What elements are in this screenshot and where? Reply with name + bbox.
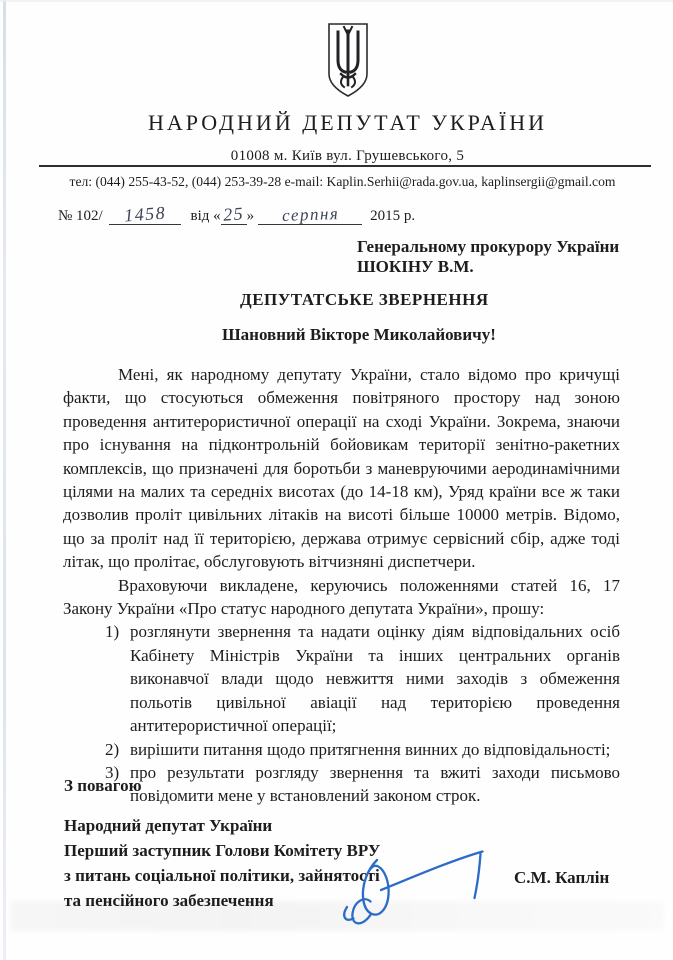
body-paragraph-1: Мені, як народному депутату України, ста… <box>63 363 620 574</box>
list-item-marker: 2) <box>105 738 130 761</box>
signer-name: С.М. Каплін <box>514 868 609 888</box>
ref-year: 2015 р. <box>370 208 415 224</box>
ref-number-prefix: № 102/ <box>58 208 103 224</box>
handwritten-month: серпня <box>281 204 339 226</box>
reference-line: № 102/1458 від «25»серпня2015 р. <box>58 202 415 225</box>
addressee-block: Генеральному прокурору України ШОКІНУ В.… <box>357 237 619 277</box>
ref-number-blank: 1458 <box>109 202 181 225</box>
body-paragraph-2: Враховуючи викладене, керуючись положенн… <box>63 574 620 621</box>
org-address: 01008 м. Київ вул. Грушевського, 5 <box>11 148 673 165</box>
list-item: 2) вирішити питання щодо притягнення вин… <box>105 738 620 761</box>
ref-date-word: від <box>190 208 209 224</box>
list-item-text: про результати розгляду звернення та вжи… <box>130 761 620 808</box>
ukraine-trident-icon <box>326 22 370 103</box>
signer-position-line: Народний депутат України <box>64 813 380 838</box>
list-item: 1) розглянути звернення та надати оцінку… <box>105 620 620 737</box>
list-item-text: розглянути звернення та надати оцінку ді… <box>130 620 620 737</box>
quote-open: « <box>213 208 221 224</box>
handwritten-day: 25 <box>223 203 245 224</box>
list-item: 3) про результати розгляду звернення та … <box>105 761 620 808</box>
addressee-line2: ШОКІНУ В.М. <box>357 257 619 277</box>
closing-respect: З повагою <box>64 776 142 796</box>
letterhead: НАРОДНИЙ ДЕПУТАТ УКРАЇНИ 01008 м. Київ в… <box>11 0 673 165</box>
letterhead-divider <box>39 165 651 167</box>
ref-month-blank: серпня <box>258 203 362 225</box>
scan-edge-artifact <box>3 0 6 960</box>
salutation: Шановний Вікторе Миколайовичу! <box>222 325 496 345</box>
request-list: 1) розглянути звернення та надати оцінку… <box>105 620 620 807</box>
handwritten-signature <box>330 838 500 945</box>
list-item-marker: 1) <box>105 620 130 737</box>
ref-day-blank: 25 <box>221 202 247 225</box>
addressee-line1: Генеральному прокурору України <box>357 237 619 257</box>
letter-body: Мені, як народному депутату України, ста… <box>63 363 620 808</box>
org-contacts: тел: (044) 255-43-52, (044) 253-39-28 e-… <box>6 174 673 190</box>
handwritten-number: 1458 <box>123 203 166 226</box>
scanned-letter-page: НАРОДНИЙ ДЕПУТАТ УКРАЇНИ 01008 м. Київ в… <box>0 0 673 960</box>
list-item-text: вирішити питання щодо притягнення винних… <box>130 738 620 761</box>
org-title: НАРОДНИЙ ДЕПУТАТ УКРАЇНИ <box>11 110 673 136</box>
quote-close: » <box>247 208 255 224</box>
document-title: ДЕПУТАТСЬКЕ ЗВЕРНЕННЯ <box>240 290 489 310</box>
